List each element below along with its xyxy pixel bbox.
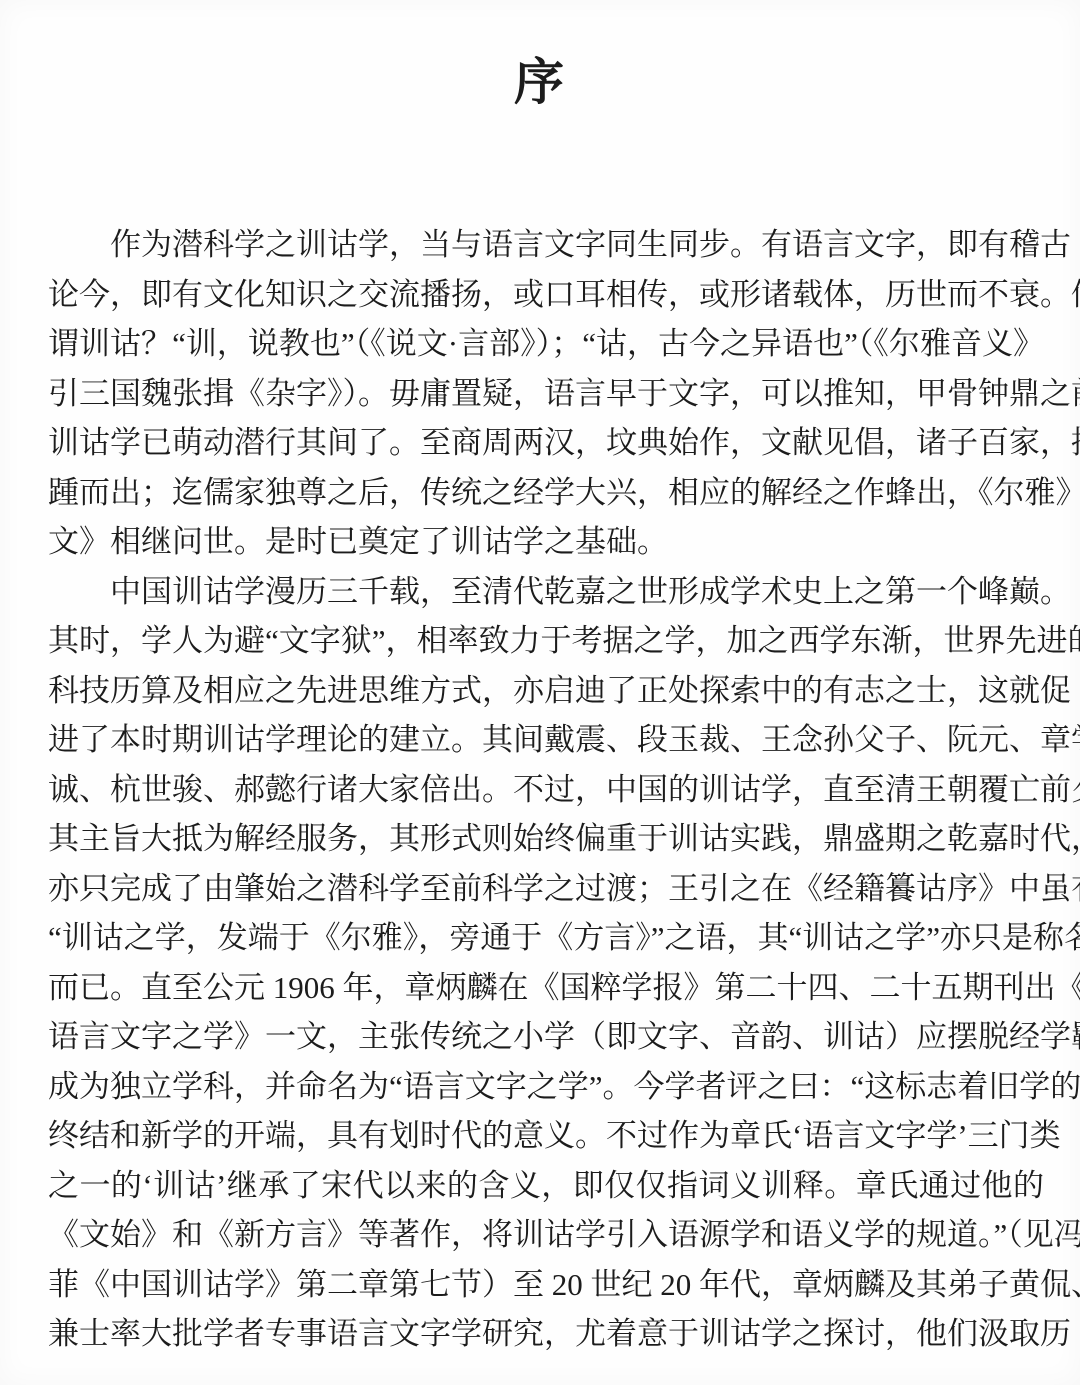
text-line: 之一的‘训诂’继承了宋代以来的含义，即仅仅指词义训释。章氏通过他的 (48, 1161, 1044, 1211)
text-line: 谓训诂？“训，说教也”（《说文·言部》）；“诂，古今之异语也”（《尔雅音义》 (48, 319, 1044, 369)
text-line: 诚、杭世骏、郝懿行诸大家倍出。不过，中国的训诂学，直至清王朝覆亡前夕， (48, 765, 1044, 815)
text-line: 成为独立学科，并命名为“语言文字之学”。今学者评之曰：“这标志着旧学的 (48, 1062, 1044, 1112)
text-line: 引三国魏张揖《杂字》）。毋庸置疑，语言早于文字，可以推知，甲骨钟鼎之前， (48, 369, 1044, 419)
text-line: 训诂学已萌动潜行其间了。至商周两汉，坟典始作，文献见倡，诸子百家，接 (48, 418, 1044, 468)
text-line: 其时，学人为避“文字狱”，相率致力于考据之学，加之西学东渐，世界先进的 (48, 616, 1044, 666)
text-line: 进了本时期训诂学理论的建立。其间戴震、段玉裁、王念孙父子、阮元、章学 (48, 715, 1044, 765)
text-line: 其主旨大抵为解经服务，其形式则始终偏重于训诂实践，鼎盛期之乾嘉时代， (48, 814, 1044, 864)
book-page: 序 作为潜科学之训诂学，当与语言文字同生同步。有语言文字，即有稽古论今，即有文化… (0, 0, 1080, 1385)
page-title: 序 (0, 0, 1080, 114)
text-line: 语言文字之学》一文，主张传统之小学（即文字、音韵、训诂）应摆脱经学羁绊 (48, 1012, 1044, 1062)
text-line: 而已。直至公元 1906 年，章炳麟在《国粹学报》第二十四、二十五期刊出《论 (48, 963, 1044, 1013)
text-line: 文》相继问世。是时已奠定了训诂学之基础。 (48, 517, 1044, 567)
text-line: 《文始》和《新方言》等著作，将训诂学引入语源学和语义学的规道。”（见冯浩 (48, 1210, 1044, 1260)
text-line: 兼士率大批学者专事语言文字学研究，尤着意于训诂学之探讨，他们汲取历 (48, 1309, 1044, 1359)
text-line: 中国训诂学漫历三千载，至清代乾嘉之世形成学术史上之第一个峰巅。 (48, 567, 1044, 617)
text-line: 踵而出；迄儒家独尊之后，传统之经学大兴，相应的解经之作蜂出，《尔雅》《说 (48, 468, 1044, 518)
text-line: 终结和新学的开端，具有划时代的意义。不过作为章氏‘语言文字学’三门类 (48, 1111, 1044, 1161)
text-line: 亦只完成了由肇始之潜科学至前科学之过渡；王引之在《经籍籑诂序》中虽有 (48, 864, 1044, 914)
text-line: 菲《中国训诂学》第二章第七节）至 20 世纪 20 年代，章炳麟及其弟子黄侃、沈 (48, 1260, 1044, 1310)
text-line: 科技历算及相应之先进思维方式，亦启迪了正处探索中的有志之士，这就促 (48, 666, 1044, 716)
text-line: “训诂之学，发端于《尔雅》，旁通于《方言》”之语，其“训诂之学”亦只是称名 (48, 913, 1044, 963)
text-line: 论今，即有文化知识之交流播扬，或口耳相传，或形诸载体，历世而不衰。何 (48, 270, 1044, 320)
text-line: 作为潜科学之训诂学，当与语言文字同生同步。有语言文字，即有稽古 (48, 220, 1044, 270)
page-body: 作为潜科学之训诂学，当与语言文字同生同步。有语言文字，即有稽古论今，即有文化知识… (0, 220, 1080, 1359)
